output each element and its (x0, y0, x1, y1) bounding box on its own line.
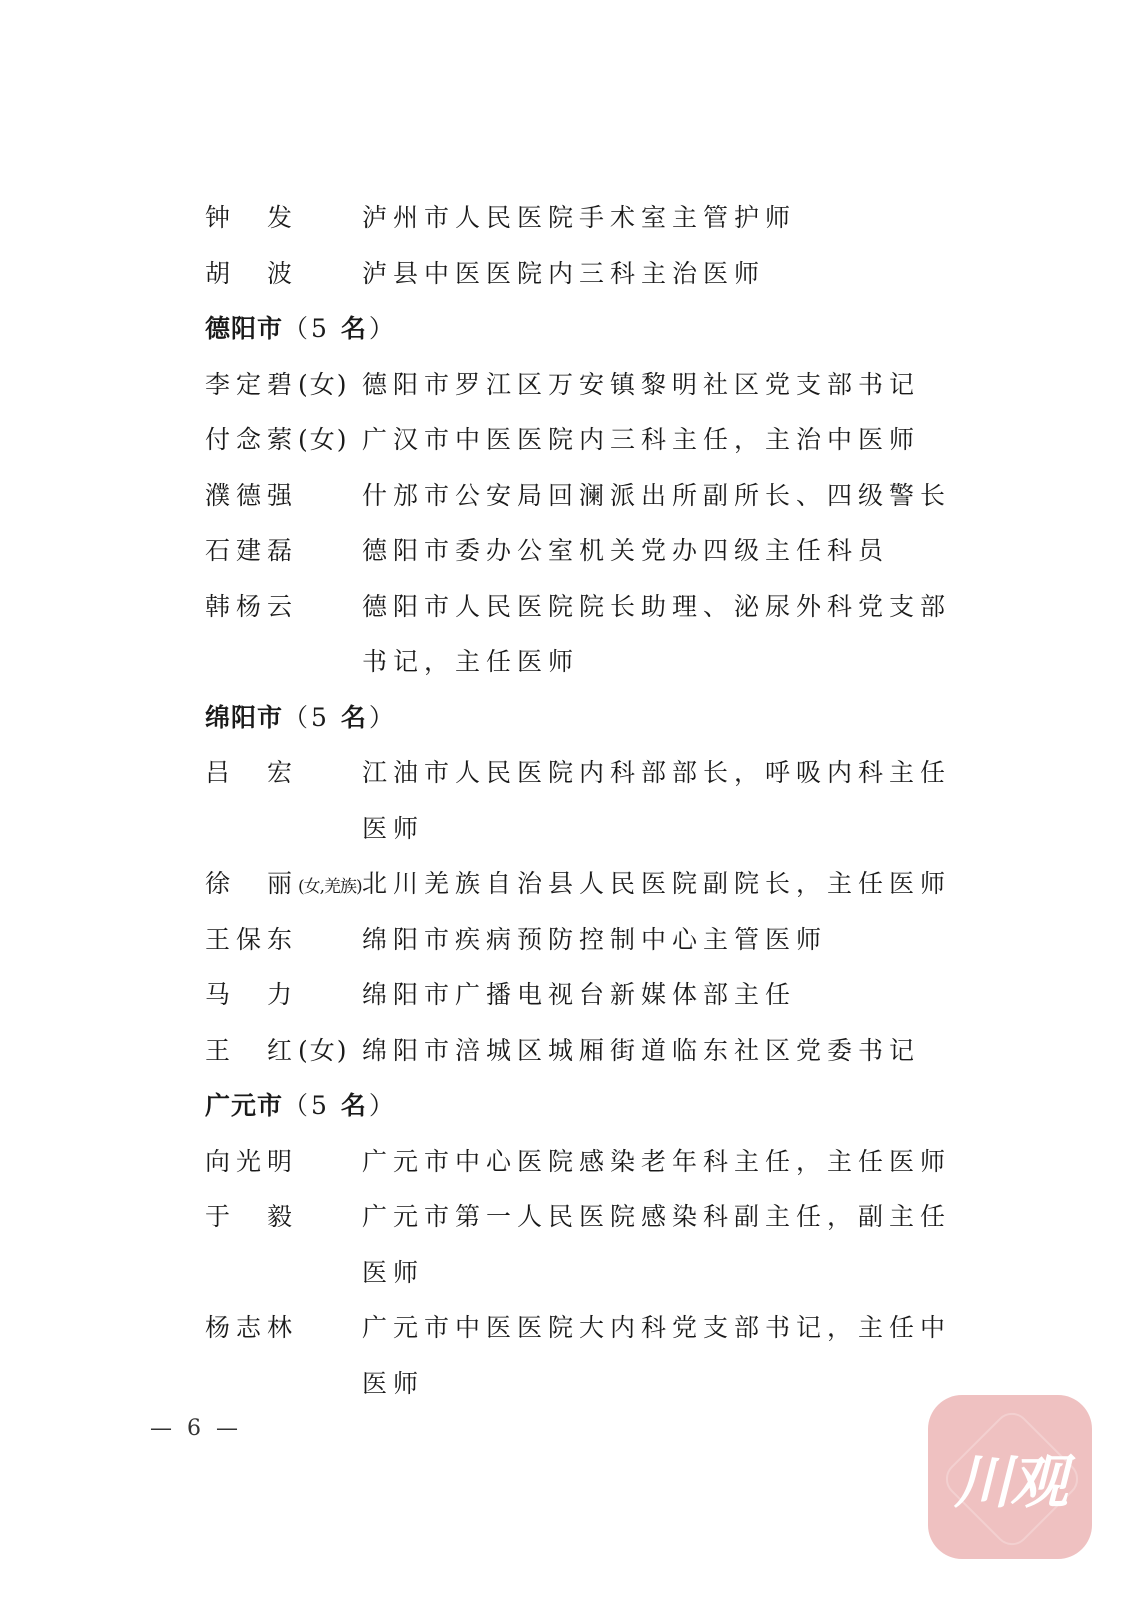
list-item: 石建磊 德阳市委办公室机关党办四级主任科员 (205, 523, 975, 579)
list-item: 杨志林 广元市中医医院大内科党支部书记，主任中 (205, 1300, 975, 1356)
quota-count: （5 名） (283, 314, 397, 343)
list-item: 钟 发 泸州市人民医院手术室主管护师 (205, 190, 975, 246)
city-name: 广元市 (205, 1091, 283, 1120)
list-item-continuation: 医师 (205, 1356, 975, 1412)
list-item: 韩杨云 德阳市人民医院院长助理、泌尿外科党支部 (205, 579, 975, 635)
person-name: 濮德强 (205, 468, 362, 524)
watermark-text: 川观 (954, 1435, 1066, 1519)
person-name: 王 红(女) (205, 1023, 362, 1079)
person-name: 石建磊 (205, 523, 362, 579)
person-title: 德阳市罗江区万安镇黎明社区党支部书记 (362, 357, 920, 413)
list-item: 马 力 绵阳市广播电视台新媒体部主任 (205, 967, 975, 1023)
person-title-continued: 医师 (362, 1356, 424, 1412)
list-item: 吕 宏 江油市人民医院内科部部长，呼吸内科主任 (205, 745, 975, 801)
person-title: 什邡市公安局回澜派出所副所长、四级警长 (362, 468, 951, 524)
section-heading-deyang: 德阳市（5 名） (205, 301, 975, 357)
person-name: 胡 波 (205, 246, 362, 302)
list-item-continuation: 医师 (205, 1245, 975, 1301)
person-name: 吕 宏 (205, 745, 362, 801)
city-name: 德阳市 (205, 314, 283, 343)
person-note: (女) (298, 1036, 349, 1065)
honoree-list: 钟 发 泸州市人民医院手术室主管护师 胡 波 泸县中医医院内三科主治医师 德阳市… (205, 190, 975, 1411)
person-title: 德阳市人民医院院长助理、泌尿外科党支部 (362, 579, 951, 635)
section-heading-guangyuan: 广元市（5 名） (205, 1078, 975, 1134)
person-title: 广元市第一人民医院感染科副主任，副主任 (362, 1189, 951, 1245)
person-title: 广元市中心医院感染老年科主任，主任医师 (362, 1134, 951, 1190)
page-number: — 6 — (150, 1416, 242, 1441)
person-title: 泸州市人民医院手术室主管护师 (362, 190, 796, 246)
person-name: 徐 丽(女,羌族) (205, 856, 362, 916)
list-item: 徐 丽(女,羌族) 北川羌族自治县人民医院副院长，主任医师 (205, 856, 975, 912)
list-item: 向光明 广元市中心医院感染老年科主任，主任医师 (205, 1134, 975, 1190)
person-name: 向光明 (205, 1134, 362, 1190)
list-item-continuation: 书记，主任医师 (205, 634, 975, 690)
person-title-continued: 医师 (362, 1245, 424, 1301)
person-title: 绵阳市涪城区城厢街道临东社区党委书记 (362, 1023, 920, 1079)
quota-count: （5 名） (283, 703, 397, 732)
document-page: 钟 发 泸州市人民医院手术室主管护师 胡 波 泸县中医医院内三科主治医师 德阳市… (0, 0, 1124, 1600)
person-title-continued: 医师 (362, 801, 424, 857)
person-title: 广汉市中医医院内三科主任，主治中医师 (362, 412, 920, 468)
person-title: 绵阳市广播电视台新媒体部主任 (362, 967, 796, 1023)
person-name: 杨志林 (205, 1300, 362, 1356)
person-note: (女) (298, 425, 349, 454)
person-name: 钟 发 (205, 190, 362, 246)
list-item: 李定碧(女) 德阳市罗江区万安镇黎明社区党支部书记 (205, 357, 975, 413)
person-title-continued: 书记，主任医师 (362, 634, 579, 690)
list-item: 王 红(女) 绵阳市涪城区城厢街道临东社区党委书记 (205, 1023, 975, 1079)
chuanguan-watermark-logo: 川观 (928, 1395, 1092, 1559)
person-title: 江油市人民医院内科部部长，呼吸内科主任 (362, 745, 951, 801)
person-name: 李定碧(女) (205, 357, 362, 413)
person-title: 泸县中医医院内三科主治医师 (362, 246, 765, 302)
list-item: 于 毅 广元市第一人民医院感染科副主任，副主任 (205, 1189, 975, 1245)
person-name: 马 力 (205, 967, 362, 1023)
city-name: 绵阳市 (205, 703, 283, 732)
person-title: 绵阳市疾病预防控制中心主管医师 (362, 912, 827, 968)
person-title: 北川羌族自治县人民医院副院长，主任医师 (362, 856, 951, 912)
quota-count: （5 名） (283, 1091, 397, 1120)
person-name: 于 毅 (205, 1189, 362, 1245)
list-item: 王保东 绵阳市疾病预防控制中心主管医师 (205, 912, 975, 968)
person-name: 韩杨云 (205, 579, 362, 635)
section-heading-mianyang: 绵阳市（5 名） (205, 690, 975, 746)
person-note: (女) (298, 370, 349, 399)
list-item-continuation: 医师 (205, 801, 975, 857)
list-item: 付念萦(女) 广汉市中医医院内三科主任，主治中医师 (205, 412, 975, 468)
list-item: 胡 波 泸县中医医院内三科主治医师 (205, 246, 975, 302)
person-title: 广元市中医医院大内科党支部书记，主任中 (362, 1300, 951, 1356)
person-name: 王保东 (205, 912, 362, 968)
person-name: 付念萦(女) (205, 412, 362, 468)
person-title: 德阳市委办公室机关党办四级主任科员 (362, 523, 889, 579)
list-item: 濮德强 什邡市公安局回澜派出所副所长、四级警长 (205, 468, 975, 524)
person-note: (女,羌族) (298, 877, 362, 897)
